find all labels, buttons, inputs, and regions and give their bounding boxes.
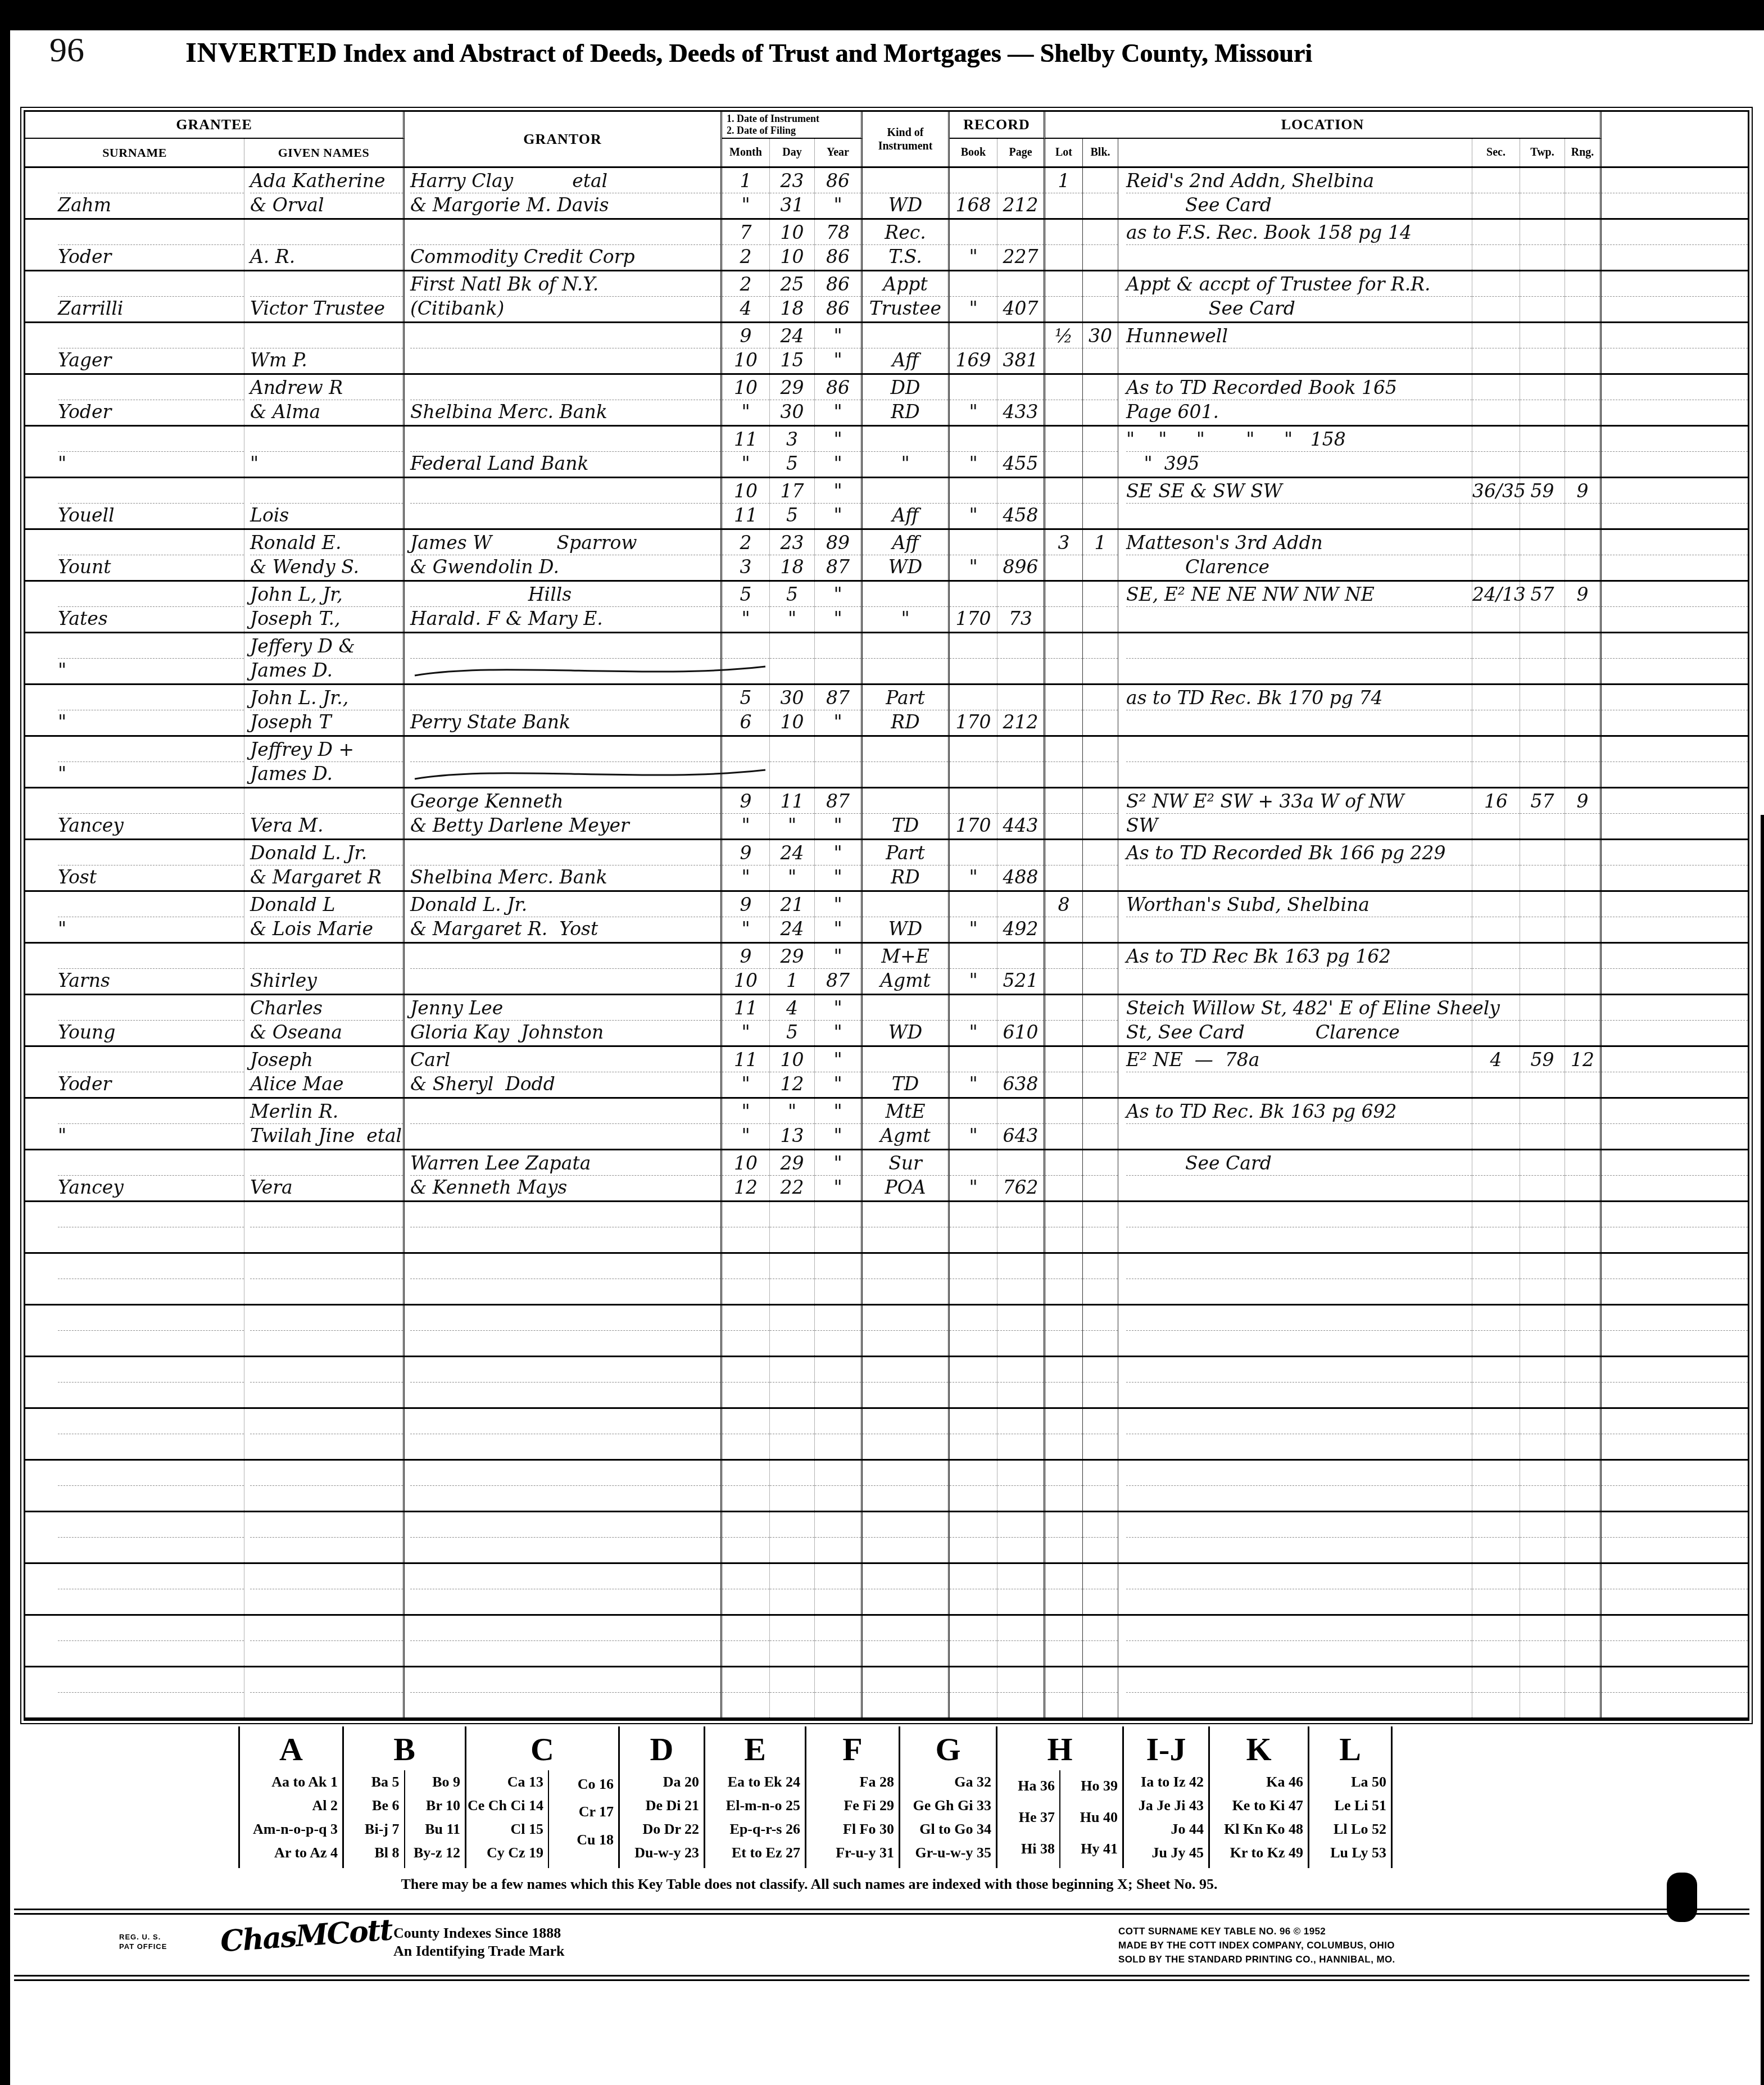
handwriting: Trustee	[869, 297, 941, 319]
surname-key-table: AAa to Ak 1Al 2Am-n-o-p-q 3Ar to Az 4BBa…	[238, 1726, 1393, 1868]
cell-surname: Yoder	[25, 375, 244, 425]
cell-month	[722, 1616, 770, 1666]
handwriting: "	[833, 504, 842, 526]
cell-sec	[1472, 271, 1520, 321]
handwriting: " " " " " 158	[1126, 428, 1346, 450]
scan-edge-right	[1761, 815, 1764, 2085]
handwriting: "	[969, 1125, 977, 1146]
key-subcolumn: Co 16Cr 17Cu 18	[548, 1770, 618, 1868]
cell-margin	[1602, 1099, 1748, 1149]
key-subcolumn: Da 20De Di 21Do Dr 22Du-w-y 23	[620, 1770, 704, 1868]
handwriting: "	[788, 608, 796, 629]
cell-page: 227	[997, 220, 1045, 270]
handwriting: Youell	[58, 504, 115, 526]
cell-grantor	[405, 1306, 722, 1356]
cell-blk	[1083, 220, 1118, 270]
key-entry: Le Li 51	[1310, 1797, 1386, 1814]
cell-margin	[1602, 168, 1748, 218]
handwriting: Merlin R.	[250, 1100, 338, 1122]
handwriting: 9	[740, 842, 752, 864]
handwriting: & Margaret R. Yost	[410, 918, 598, 940]
logo-taglines: County Indexes Since 1888 An Identifying…	[393, 1924, 565, 1960]
cell-twp	[1520, 892, 1565, 942]
cell-rng	[1565, 323, 1602, 373]
handwriting: as to TD Rec. Bk 170 pg 74	[1126, 687, 1382, 709]
table-row: "Jeffrey D +James D.	[25, 737, 1748, 788]
cell-month	[722, 1512, 770, 1562]
table-row: YouellLois1011175""Aff"458SE SE & SW SW3…	[25, 478, 1748, 530]
handwriting: Shelbina Merc. Bank	[410, 401, 607, 423]
cell-month: ""	[722, 1099, 770, 1149]
key-entry: Ga 32	[901, 1774, 991, 1791]
cell-year: 87"	[815, 788, 863, 838]
cell-twp	[1520, 1512, 1565, 1562]
reg-mark: REG. U. S. PAT OFFICE	[119, 1932, 167, 1951]
handwriting: 10	[734, 969, 758, 991]
cell-year: ""	[815, 995, 863, 1045]
handwriting: RD	[891, 711, 919, 733]
cell-day	[770, 1306, 815, 1356]
cell-book	[950, 1461, 997, 1511]
cell-sec	[1472, 1357, 1520, 1407]
cell-surname	[25, 1512, 244, 1562]
handwriting: "	[833, 583, 842, 605]
cell-year: ""	[815, 323, 863, 373]
printer-colophon: COTT SURNAME KEY TABLE NO. 96 © 1952 MAD…	[1118, 1924, 1395, 1966]
key-subcolumn: Ga 32Ge Gh Gi 33Gl to Go 34Gr-u-w-y 35	[900, 1770, 996, 1868]
cell-margin	[1602, 1306, 1748, 1356]
cell-lot	[1045, 1254, 1083, 1304]
handwriting: 10	[734, 480, 758, 502]
cell-page: 643	[997, 1099, 1045, 1149]
cell-lot	[1045, 737, 1083, 787]
handwriting: 9	[740, 790, 752, 812]
handwriting: 24	[781, 842, 804, 864]
cell-day: 11"	[770, 788, 815, 838]
cell-blk	[1083, 271, 1118, 321]
cell-rng	[1565, 1306, 1602, 1356]
cell-blk	[1083, 685, 1118, 735]
handwriting: Yoder	[58, 1073, 111, 1095]
handwriting: & Orval	[250, 194, 324, 216]
cell-year	[815, 1461, 863, 1511]
key-entry: Hi 38	[999, 1841, 1055, 1857]
handwriting: Yarns	[58, 969, 110, 991]
cell-day	[770, 1357, 815, 1407]
handwriting: 5	[740, 583, 752, 605]
cell-page	[997, 1616, 1045, 1666]
cell-given-names: Victor Trustee	[244, 271, 405, 321]
cell-lot	[1045, 271, 1083, 321]
cell-page	[997, 1306, 1045, 1356]
cell-twp	[1520, 1306, 1565, 1356]
cell-year: ""	[815, 840, 863, 890]
cell-given-names	[244, 1512, 405, 1562]
cell-twp	[1520, 1616, 1565, 1666]
handwriting: Yoder	[58, 401, 111, 423]
handwriting: & Wendy S.	[250, 556, 359, 578]
cell-grantor	[405, 1616, 722, 1666]
handwriting: Part	[886, 687, 924, 709]
handwriting: "	[901, 608, 909, 629]
cell-given-names	[244, 1667, 405, 1717]
cell-lot	[1045, 685, 1083, 735]
cell-given-names: Merlin R.Twilah Jine etal	[244, 1099, 405, 1149]
cell-given-names: Wm P.	[244, 323, 405, 373]
cell-margin	[1602, 1150, 1748, 1200]
key-entry: Cy Cz 19	[468, 1844, 543, 1861]
key-entry: Br 10	[406, 1797, 461, 1814]
cell-page	[997, 1202, 1045, 1252]
handwriting: 4	[1490, 1049, 1502, 1071]
cell-location: As to TD Rec. Bk 163 pg 692	[1118, 1099, 1472, 1149]
handwriting: 86	[826, 297, 850, 319]
cell-location	[1118, 1512, 1472, 1562]
handwriting: "	[741, 194, 750, 216]
cell-given-names: John L, Jr,Joseph T.,	[244, 582, 405, 632]
cell-given-names: Lois	[244, 478, 405, 528]
cell-kind	[863, 1254, 950, 1304]
handwriting: 170	[956, 711, 991, 733]
key-letter: E	[705, 1726, 805, 1770]
table-row: YoderAndrew R& AlmaShelbina Merc. Bank10…	[25, 375, 1748, 427]
cell-given-names: Donald L& Lois Marie	[244, 892, 405, 942]
cell-book: "	[950, 1150, 997, 1200]
key-subcolumn: Ba 5Be 6Bi-j 7Bl 8	[344, 1770, 404, 1868]
cell-kind	[863, 1409, 950, 1459]
cell-kind: WD	[863, 168, 950, 218]
key-entry: El-m-n-o 25	[706, 1797, 800, 1814]
handwriting: "	[58, 659, 66, 681]
handwriting: "	[833, 480, 842, 502]
handwriting: 25	[781, 273, 804, 295]
table-row: YoderJosephAlice MaeCarl& Sheryl Dodd11"…	[25, 1047, 1748, 1099]
handwriting: Lois	[250, 504, 289, 526]
cell-page	[997, 1409, 1045, 1459]
divider-rule	[14, 1909, 1749, 1915]
handwriting: (Citibank)	[410, 297, 504, 319]
cell-page	[997, 633, 1045, 683]
cell-surname	[25, 1667, 244, 1717]
header-given-names: GIVEN NAMES	[244, 139, 405, 166]
cell-given-names	[244, 1616, 405, 1666]
handwriting: 6	[740, 711, 752, 733]
handwriting: Joseph T	[250, 711, 331, 733]
cell-page: 762	[997, 1150, 1045, 1200]
handwriting: Jeffrey D +	[250, 738, 354, 760]
cell-grantor	[405, 1409, 722, 1459]
handwriting: 10	[734, 377, 758, 398]
key-group-E: EEa to Ek 24El-m-n-o 25Ep-q-r-s 26Et to …	[705, 1726, 806, 1868]
cell-twp	[1520, 1099, 1565, 1149]
cell-margin	[1602, 633, 1748, 683]
header-blk: Blk.	[1083, 139, 1118, 166]
cell-sec	[1472, 737, 1520, 787]
table-row: YountRonald E.& Wendy S.James W Sparrow&…	[25, 530, 1748, 582]
handwriting: 59	[1531, 480, 1554, 502]
handwriting: 24	[781, 918, 804, 940]
key-entry: Ka 46	[1211, 1774, 1303, 1791]
divider-rule	[14, 1975, 1749, 1981]
colophon-line: MADE BY THE COTT INDEX COMPANY, COLUMBUS…	[1118, 1938, 1395, 1952]
handwriting: E² NE — 78a	[1126, 1049, 1259, 1071]
table-row	[25, 1461, 1748, 1512]
colophon-line: COTT SURNAME KEY TABLE NO. 96 © 1952	[1118, 1924, 1395, 1938]
cell-day	[770, 1202, 815, 1252]
handwriting: "	[833, 1176, 842, 1198]
handwriting: 86	[826, 273, 850, 295]
cell-sec	[1472, 375, 1520, 425]
cell-location	[1118, 1461, 1472, 1511]
header-surname: SURNAME	[25, 139, 244, 166]
cell-blk	[1083, 1047, 1118, 1097]
cell-day: 2518	[770, 271, 815, 321]
handwriting: 18	[781, 556, 804, 578]
handwriting: 30	[1089, 325, 1112, 347]
cell-book: 168	[950, 168, 997, 218]
cell-month: 910	[722, 323, 770, 373]
cell-location	[1118, 1254, 1472, 1304]
table-row	[25, 1667, 1748, 1719]
handwriting: 443	[1003, 814, 1039, 836]
cell-lot	[1045, 1099, 1083, 1149]
handwriting: James W Sparrow	[410, 532, 637, 554]
cell-page: 212	[997, 168, 1045, 218]
handwriting: T.S.	[888, 246, 922, 268]
cell-day: 1012	[770, 1047, 815, 1097]
handwriting: "	[833, 945, 842, 967]
cell-surname	[25, 1202, 244, 1252]
handwriting: 12	[734, 1176, 758, 1198]
cell-lot	[1045, 1306, 1083, 1356]
handwriting: "	[969, 1021, 977, 1043]
cell-given-names: Donald L. Jr.& Margaret R	[244, 840, 405, 890]
key-entry: Ca 13	[468, 1774, 543, 1791]
cell-margin	[1602, 1667, 1748, 1717]
handwriting: George Kenneth	[410, 790, 564, 812]
cell-lot	[1045, 944, 1083, 994]
cell-page: 212	[997, 685, 1045, 735]
handwriting: "	[833, 814, 842, 836]
handwriting: 2	[740, 532, 752, 554]
key-entry: Fl Fo 30	[808, 1821, 894, 1838]
cell-month: 11"	[722, 995, 770, 1045]
cell-blk	[1083, 892, 1118, 942]
cell-year: 7886	[815, 220, 863, 270]
key-entry: Co 16	[550, 1776, 614, 1793]
handwriting: " 395	[1126, 452, 1200, 474]
handwriting: "	[833, 711, 842, 733]
table-row: YarnsShirley910291"87M+EAgmt"521As to TD…	[25, 944, 1748, 995]
cell-day: 175	[770, 478, 815, 528]
cell-location: Reid's 2nd Addn, Shelbina See Card	[1118, 168, 1472, 218]
cell-blk	[1083, 788, 1118, 838]
cell-blk	[1083, 582, 1118, 632]
cell-month: 5"	[722, 582, 770, 632]
handwriting: Aff	[892, 349, 918, 371]
cell-book: "	[950, 944, 997, 994]
handwriting: "	[969, 297, 977, 319]
handwriting: Appt & accpt of Trustee for R.R.	[1126, 273, 1431, 295]
cell-book	[950, 1409, 997, 1459]
key-letter: G	[900, 1726, 996, 1770]
handwriting: 3	[786, 428, 798, 450]
cell-margin	[1602, 1409, 1748, 1459]
handwriting: James D.	[250, 763, 333, 785]
handwriting: 5	[786, 452, 798, 474]
cell-kind: PartRD	[863, 685, 950, 735]
cell-grantor: Jenny LeeGloria Kay Johnston	[405, 995, 722, 1045]
cell-grantor: HillsHarald. F & Mary E.	[405, 582, 722, 632]
cell-margin	[1602, 1564, 1748, 1614]
cell-kind: TD	[863, 1047, 950, 1097]
handwriting: Clarence	[1126, 556, 1269, 578]
cell-grantor: Shelbina Merc. Bank	[405, 375, 722, 425]
cell-rng: 9	[1565, 478, 1602, 528]
key-entry: He 37	[999, 1809, 1055, 1826]
cell-lot	[1045, 1047, 1083, 1097]
cell-kind: PartRD	[863, 840, 950, 890]
handwriting: Jenny Lee	[410, 997, 503, 1019]
cell-day: 2331	[770, 168, 815, 218]
cell-month: 24	[722, 271, 770, 321]
handwriting: Harry Clay etal	[410, 170, 607, 192]
handwriting: "	[58, 711, 66, 733]
cell-sec	[1472, 1461, 1520, 1511]
handwriting: Wm P.	[250, 349, 307, 371]
cell-sec	[1472, 633, 1520, 683]
cell-twp	[1520, 271, 1565, 321]
cell-kind: ApptTrustee	[863, 271, 950, 321]
cell-page	[997, 1254, 1045, 1304]
cell-margin	[1602, 892, 1748, 942]
cell-margin	[1602, 944, 1748, 994]
handwriting: Ronald E.	[250, 532, 341, 554]
cell-year: 86"	[815, 168, 863, 218]
cell-grantor	[405, 1099, 722, 1149]
handwriting: 492	[1003, 918, 1039, 940]
handwriting: "	[833, 918, 842, 940]
cell-given-names: John L. Jr.,Joseph T	[244, 685, 405, 735]
handwriting: 59	[1531, 1049, 1554, 1071]
table-row	[25, 1409, 1748, 1461]
handwriting: "	[741, 866, 750, 888]
cell-sec	[1472, 1667, 1520, 1717]
title-lead: INVERTED	[185, 37, 337, 68]
cell-rng	[1565, 840, 1602, 890]
table-row: "Donald L& Lois MarieDonald L. Jr.& Marg…	[25, 892, 1748, 944]
handwriting: Worthan's Subd, Shelbina	[1126, 894, 1370, 915]
cell-book: "	[950, 892, 997, 942]
header-month: Month	[722, 139, 770, 166]
key-entry: Do Dr 22	[621, 1821, 699, 1838]
cell-kind: M+EAgmt	[863, 944, 950, 994]
tagline: County Indexes Since 1888	[393, 1924, 565, 1942]
cell-twp	[1520, 1409, 1565, 1459]
cell-rng	[1565, 1461, 1602, 1511]
cell-given-names	[244, 1564, 405, 1614]
handwriting: 87	[826, 969, 850, 991]
table-row	[25, 1357, 1748, 1409]
handwriting: Yager	[58, 349, 111, 371]
key-entry: Cl 15	[468, 1821, 543, 1838]
cell-day	[770, 1616, 815, 1666]
cell-rng	[1565, 427, 1602, 477]
key-entry: Ke to Ki 47	[1211, 1797, 1303, 1814]
handwriting: "	[58, 763, 66, 785]
handwriting: & Oseana	[250, 1021, 342, 1043]
cell-lot	[1045, 1357, 1083, 1407]
cell-location: SE, E² NE NE NW NW NE	[1118, 582, 1472, 632]
handwriting: 10	[781, 246, 804, 268]
cell-given-names: Vera M.	[244, 788, 405, 838]
handwriting: Vera M.	[250, 814, 324, 836]
cell-blk	[1083, 1254, 1118, 1304]
cell-sec	[1472, 530, 1520, 580]
handwriting: Rec.	[885, 221, 926, 243]
handwriting: Shirley	[250, 969, 317, 991]
cell-kind: DDRD	[863, 375, 950, 425]
cell-day	[770, 633, 815, 683]
key-subcolumn: La 50Le Li 51Ll Lo 52Lu Ly 53	[1309, 1770, 1391, 1868]
key-subcolumn: Ha 36He 37Hi 38	[997, 1770, 1059, 1868]
cell-grantor	[405, 323, 722, 373]
key-entry: Fr-u-y 31	[808, 1844, 894, 1861]
cell-page: 381	[997, 323, 1045, 373]
cell-grantor: Donald L. Jr.& Margaret R. Yost	[405, 892, 722, 942]
handwriting: "	[741, 401, 750, 423]
header-sec: Sec.	[1472, 139, 1520, 166]
cell-lot	[1045, 788, 1083, 838]
handwriting: 11	[734, 997, 758, 1019]
handwriting: 15	[781, 349, 804, 371]
cell-surname: Zarrilli	[25, 271, 244, 321]
cell-rng	[1565, 1202, 1602, 1252]
header-record: RECORD	[950, 112, 1045, 139]
handwriting: 212	[1003, 194, 1039, 216]
cell-surname: "	[25, 737, 244, 787]
key-table-note: There may be a few names which this Key …	[0, 1876, 1618, 1893]
table-row: YoungCharles& OseanaJenny LeeGloria Kay …	[25, 995, 1748, 1047]
cell-page	[997, 1564, 1045, 1614]
cell-location: as to F.S. Rec. Book 158 pg 14	[1118, 220, 1472, 270]
cell-kind	[863, 1667, 950, 1717]
handwriting: Part	[886, 842, 924, 864]
handwriting: 57	[1531, 583, 1554, 605]
cell-given-names	[244, 1254, 405, 1304]
cell-month	[722, 1202, 770, 1252]
cell-margin	[1602, 323, 1748, 373]
handwriting: 170	[956, 814, 991, 836]
key-entry: Bo 9	[406, 1774, 461, 1791]
handwriting: 3	[740, 556, 752, 578]
handwriting: 458	[1003, 504, 1039, 526]
cell-month	[722, 1306, 770, 1356]
cell-book: 170	[950, 582, 997, 632]
handwriting: See Card	[1126, 194, 1272, 216]
cell-surname: "	[25, 1099, 244, 1149]
key-group-K: KKa 46Ke to Ki 47Kl Kn Ko 48Kr to Kz 49	[1210, 1726, 1309, 1868]
cell-month: 56	[722, 685, 770, 735]
cell-book: "	[950, 220, 997, 270]
key-letter: H	[997, 1726, 1122, 1770]
handwriting: 488	[1003, 866, 1039, 888]
handwriting: Aff	[892, 532, 918, 554]
cell-blk	[1083, 478, 1118, 528]
cell-rng	[1565, 1409, 1602, 1459]
key-group-H: HHa 36He 37Hi 38Ho 39Hu 40Hy 41	[997, 1726, 1124, 1868]
handwriting: 1	[786, 969, 798, 991]
